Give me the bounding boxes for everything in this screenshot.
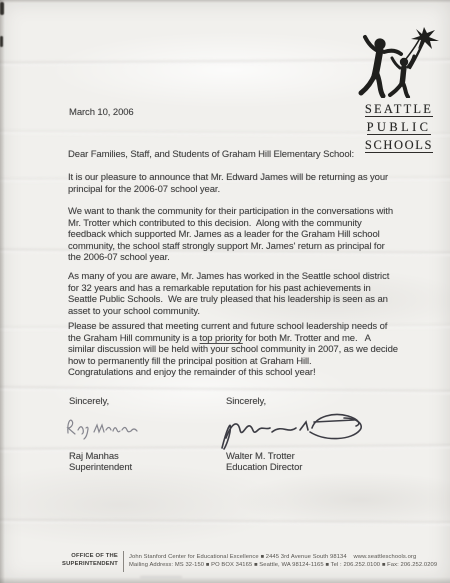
walter-trotter-signature — [216, 406, 368, 454]
logo-word-schools: SCHOOLS — [365, 139, 433, 153]
letter-greeting: Dear Families, Staff, and Students of Gr… — [68, 149, 354, 161]
signer-name-left: Raj Manhas — [69, 451, 119, 463]
scan-edge-shadow — [0, 0, 5, 583]
sps-wordmark: SEATTLE PUBLIC SCHOOLS — [354, 100, 444, 154]
closing-left: Sincerely, — [69, 396, 109, 408]
paragraph-4-underlined-phrase: top priority — [200, 333, 243, 344]
paper-crease — [0, 519, 450, 525]
scan-edge-shadow — [0, 577, 450, 583]
signer-title-right: Education Director — [226, 462, 302, 474]
signer-title-left: Superintendent — [69, 462, 132, 474]
logo-word-public: PUBLIC — [367, 121, 432, 135]
scan-artifact — [0, 36, 3, 47]
footer-address-line-1: John Stanford Center for Educational Exc… — [129, 554, 416, 560]
paper-crease — [0, 386, 450, 394]
footer-address-line-2: Mailing Address: MS 32-150 ■ PO BOX 3416… — [129, 562, 437, 568]
logo-word-seattle: SEATTLE — [365, 103, 433, 117]
letter-paragraph-4: Please be assured that meeting current a… — [68, 321, 398, 367]
scan-artifact — [0, 2, 4, 15]
letter-date: March 10, 2006 — [69, 107, 134, 119]
letter-paragraph-2: We want to thank the community for their… — [68, 206, 393, 264]
scanned-letter-page: SEATTLE PUBLIC SCHOOLS March 10, 2006 De… — [0, 0, 450, 583]
letter-paragraph-3: As many of you are aware, Mr. James has … — [68, 271, 389, 317]
footer-divider — [123, 551, 124, 572]
signer-name-right: Walter M. Trotter — [226, 451, 295, 463]
footer-office-label: OFFICE OF THE SUPERINTENDENT — [28, 553, 118, 568]
scan-artifact — [140, 576, 182, 578]
letter-paragraph-1: It is our pleasure to announce that Mr. … — [68, 172, 388, 195]
letter-closing-line: Congratulations and enjoy the remainder … — [68, 367, 315, 379]
raj-manhas-signature — [62, 413, 144, 441]
scan-edge-shadow — [0, 0, 450, 3]
figures-reaching-star-icon — [356, 26, 442, 98]
sps-logo: SEATTLE PUBLIC SCHOOLS — [354, 26, 444, 154]
footer-address-block: John Stanford Center for Educational Exc… — [129, 553, 445, 569]
